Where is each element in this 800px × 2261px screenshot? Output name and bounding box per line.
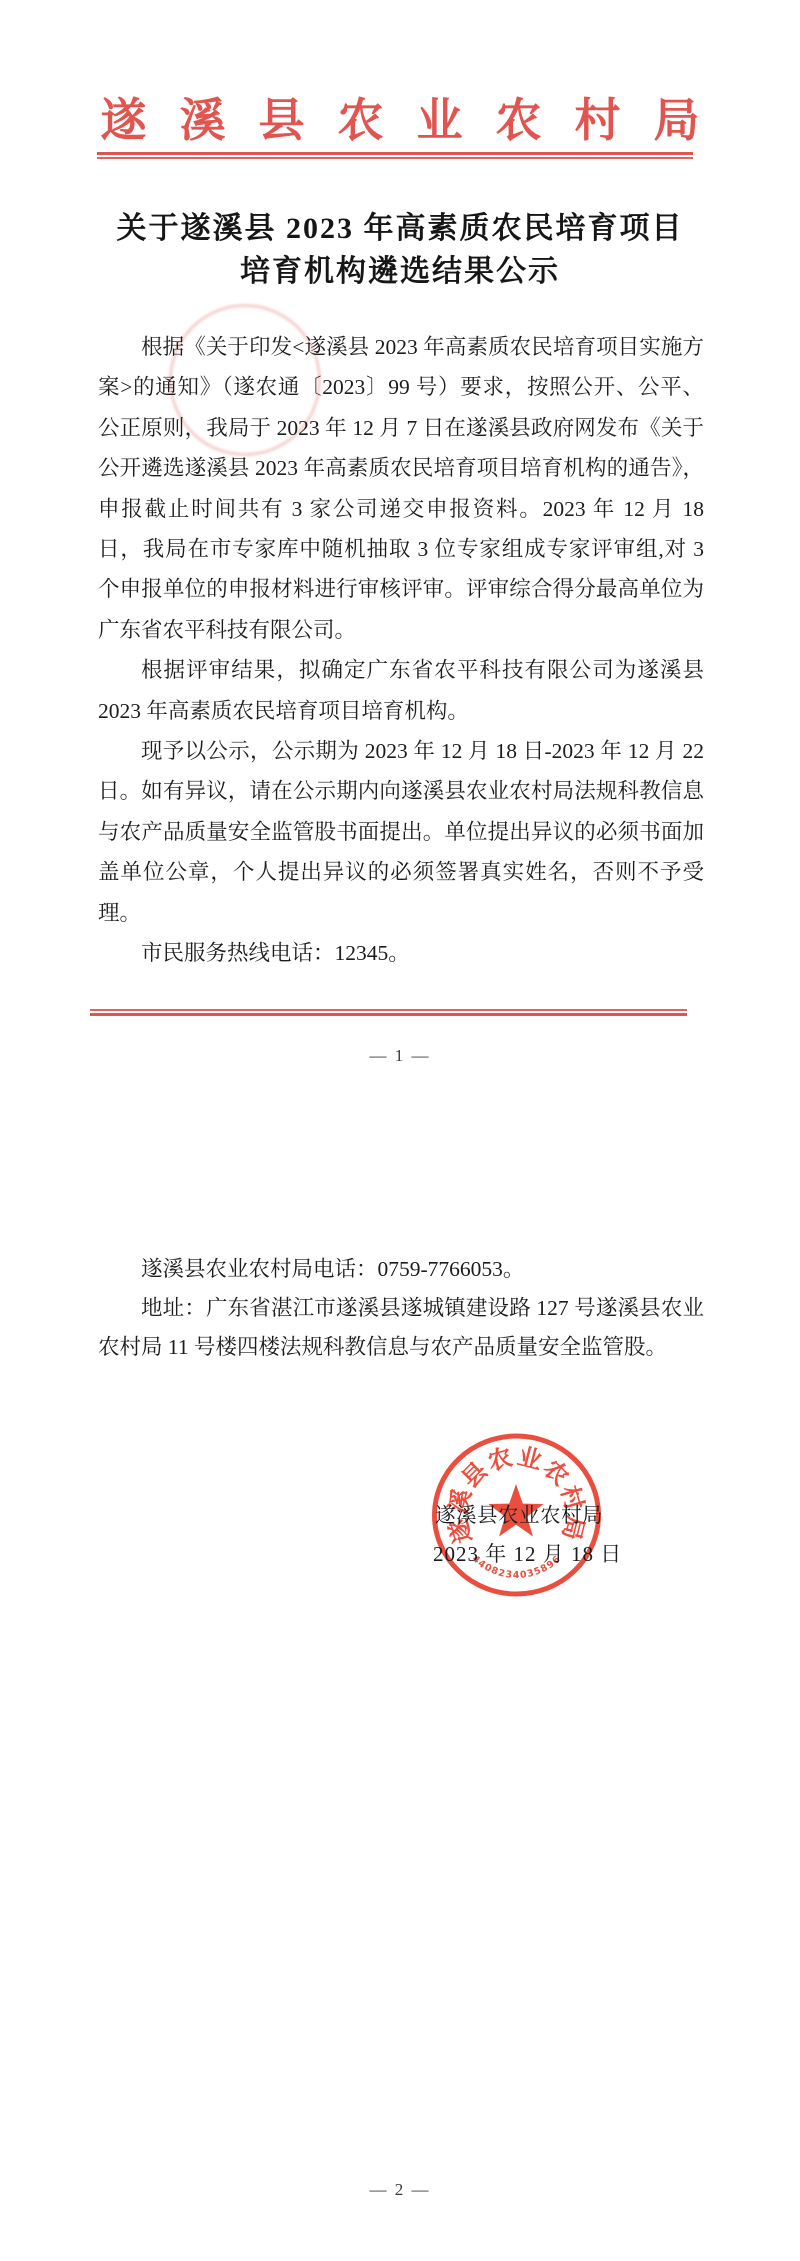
body-paragraph: 现予以公示，公示期为 2023 年 12 月 18 日-2023 年 12 月 …: [98, 731, 704, 933]
footer-divider-thick-line: [90, 1013, 687, 1016]
page-number-2: — 2 —: [0, 2180, 800, 2200]
body-paragraph: 市民服务热线电话：12345。: [98, 933, 704, 973]
letterhead-divider: [97, 152, 693, 159]
notice-body: 根据《关于印发<遂溪县 2023 年高素质农民培育项目实施方案>的通知》（遂农通…: [98, 327, 704, 974]
page-number-1: — 1 —: [0, 1046, 800, 1066]
contact-phone-line: 遂溪县农业农村局电话：0759-7766053。: [98, 1250, 704, 1289]
page1-footer-divider: [90, 1009, 687, 1016]
body-paragraph: 根据评审结果，拟确定广东省农平科技有限公司为遂溪县 2023 年高素质农民培育项…: [98, 650, 704, 731]
signature-agency: 遂溪县农业农村局: [435, 1498, 603, 1528]
letterhead-divider-thin-line: [97, 157, 693, 159]
letterhead-agency-title: 遂溪县农业农村局: [0, 84, 800, 150]
official-notice-document: 遂溪县农业农村局 关于遂溪县 2023 年高素质农民培育项目 培育机构遴选结果公…: [0, 0, 800, 2261]
contact-info: 遂溪县农业农村局电话：0759-7766053。 地址：广东省湛江市遂溪县遂城镇…: [98, 1250, 704, 1366]
document-title: 关于遂溪县 2023 年高素质农民培育项目 培育机构遴选结果公示: [0, 207, 800, 293]
contact-address-line: 地址：广东省湛江市遂溪县遂城镇建设路 127 号遂溪县农业农村局 11 号楼四楼…: [98, 1289, 704, 1367]
body-paragraph: 根据《关于印发<遂溪县 2023 年高素质农民培育项目实施方案>的通知》（遂农通…: [98, 327, 704, 650]
document-title-line1: 关于遂溪县 2023 年高素质农民培育项目: [0, 207, 800, 250]
document-title-line2: 培育机构遴选结果公示: [0, 250, 800, 293]
signature-date: 2023 年 12 月 18 日: [433, 1538, 622, 1568]
